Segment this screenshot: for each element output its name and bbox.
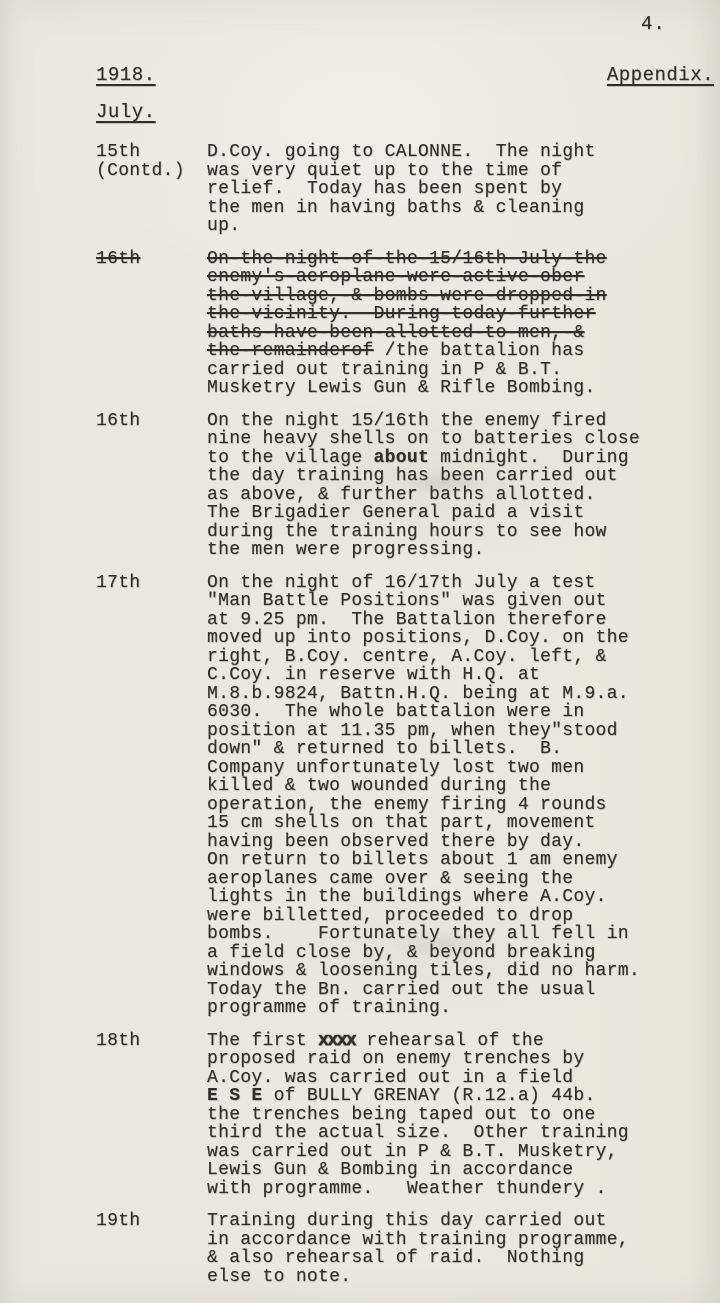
entry-line: relief. Today has been spent by bbox=[207, 180, 706, 199]
struck-text: enemy's-aeroplane-were-active-ober bbox=[207, 267, 584, 287]
entry-text: moved up into positions, D.Coy. on the bbox=[207, 628, 629, 648]
struck-text: the-vicinity. During-today-further bbox=[207, 304, 596, 324]
struck-text: the-remainderof bbox=[207, 341, 374, 361]
entry-text: A.Coy. was carried out in a field bbox=[207, 1068, 573, 1088]
entry-line: were billetted, proceeded to drop bbox=[207, 907, 706, 926]
entry-line: lights in the buildings where A.Coy. bbox=[207, 888, 706, 907]
entry-date: 15th(Contd.) bbox=[96, 143, 207, 236]
entry-body: On the night 15/16th the enemy firednine… bbox=[207, 412, 706, 560]
diary-entry: 16thOn-the-night-of-the-15/16th-July-the… bbox=[96, 250, 706, 398]
appendix-heading: Appendix. bbox=[607, 64, 714, 86]
entry-text: Lewis Gun & Bombing in accordance bbox=[207, 1160, 573, 1180]
entry-text: the day training has been carried out bbox=[207, 466, 618, 486]
entry-date-line: 18th bbox=[96, 1032, 207, 1051]
entry-line: D.Coy. going to CALONNE. The night bbox=[207, 143, 706, 162]
entry-text: On the night of 16/17th July a test bbox=[207, 573, 596, 593]
entry-text: a field close by, & beyond breaking bbox=[207, 943, 596, 963]
entry-line: aeroplanes came over & seeing the bbox=[207, 870, 706, 889]
year-heading: 1918. bbox=[96, 64, 156, 86]
entry-line: in accordance with training programme, bbox=[207, 1231, 706, 1250]
entry-line: moved up into positions, D.Coy. on the bbox=[207, 629, 706, 648]
entry-line: 15 cm shells on that part, movement bbox=[207, 814, 706, 833]
entry-text: as above, & further baths allotted. bbox=[207, 485, 596, 505]
entry-text: relief. Today has been spent by bbox=[207, 179, 562, 199]
entry-line: to the village about midnight. During bbox=[207, 449, 706, 468]
entry-line: up. bbox=[207, 217, 706, 236]
entry-text: "Man Battle Positions" was given out bbox=[207, 591, 607, 611]
entry-date: 18th bbox=[96, 1032, 207, 1199]
overtyped-text: xxxx bbox=[318, 1031, 355, 1051]
diary-entry: 18thThe first xxxx rehearsal of thepropo… bbox=[96, 1032, 706, 1199]
entry-body: On-the-night-of-the-15/16th-July-theenem… bbox=[207, 250, 706, 398]
entry-text: killed & two wounded during the bbox=[207, 776, 551, 796]
entry-text: rehearsal of the bbox=[355, 1031, 544, 1051]
entry-date-line: 16th bbox=[96, 412, 207, 431]
entry-text: The first bbox=[207, 1031, 318, 1051]
entry-text: 6030. The whole battalion were in bbox=[207, 702, 584, 722]
entry-line: Company unfortunately lost two men bbox=[207, 759, 706, 778]
entry-line: E S E of BULLY GRENAY (R.12.a) 44b. bbox=[207, 1087, 706, 1106]
entry-text: at 9.25 pm. The Battalion therefore bbox=[207, 610, 607, 630]
entry-line: was very quiet up to the time of bbox=[207, 162, 706, 181]
entry-text: bombs. Fortunately they all fell in bbox=[207, 924, 629, 944]
entry-text: of BULLY GRENAY (R.12.a) 44b. bbox=[263, 1086, 596, 1106]
entry-line: the-vicinity. During-today-further bbox=[207, 305, 706, 324]
entry-text: was carried out in P & B.T. Musketry, bbox=[207, 1142, 618, 1162]
entry-text: the men in having baths & cleaning bbox=[207, 198, 584, 218]
entry-line: the-village,-&-bombs-were-dropped-in bbox=[207, 287, 706, 306]
entry-line: Musketry Lewis Gun & Rifle Bombing. bbox=[207, 379, 706, 398]
diary-entry: 16thOn the night 15/16th the enemy fired… bbox=[96, 412, 706, 560]
entry-line: C.Coy. in reserve with H.Q. at bbox=[207, 666, 706, 685]
entry-line: the-remainderof /the battalion has bbox=[207, 342, 706, 361]
month-heading: July. bbox=[96, 101, 156, 123]
entry-line: & also rehearsal of raid. Nothing bbox=[207, 1249, 706, 1268]
entry-text: to the village bbox=[207, 448, 374, 468]
entry-text: & also rehearsal of raid. Nothing bbox=[207, 1248, 584, 1268]
entry-text: having been observed there by day. bbox=[207, 832, 584, 852]
entry-text: D.Coy. going to CALONNE. The night bbox=[207, 142, 596, 162]
entry-line: carried out training in P & B.T. bbox=[207, 361, 706, 380]
entry-line: Today the Bn. carried out the usual bbox=[207, 981, 706, 1000]
entry-text: On the night 15/16th the enemy fired bbox=[207, 411, 607, 431]
entry-text: 15th bbox=[96, 142, 140, 162]
entry-text: 19th bbox=[96, 1211, 140, 1231]
entry-line: 6030. The whole battalion were in bbox=[207, 703, 706, 722]
struck-text: baths-have-been-allotted-to-men,-& bbox=[207, 323, 584, 343]
entry-line: down" & returned to billets. B. bbox=[207, 740, 706, 759]
entry-text: Company unfortunately lost two men bbox=[207, 758, 584, 778]
entry-line: enemy's-aeroplane-were-active-ober bbox=[207, 268, 706, 287]
entry-body: D.Coy. going to CALONNE. The nightwas ve… bbox=[207, 143, 706, 236]
entry-text: in accordance with training programme, bbox=[207, 1230, 629, 1250]
entry-text: 15 cm shells on that part, movement bbox=[207, 813, 596, 833]
struck-text: On-the-night-of-the-15/16th-July-the bbox=[207, 249, 607, 269]
entry-text: third the actual size. Other training bbox=[207, 1123, 629, 1143]
entry-line: the day training has been carried out bbox=[207, 467, 706, 486]
entry-text: the trenches being taped out to one bbox=[207, 1105, 596, 1125]
diary-entry: 15th(Contd.)D.Coy. going to CALONNE. The… bbox=[96, 143, 706, 236]
entry-line: bombs. Fortunately they all fell in bbox=[207, 925, 706, 944]
entry-date: 19th bbox=[96, 1212, 207, 1286]
entry-line: position at 11.35 pm, when they"stood bbox=[207, 722, 706, 741]
entry-line: third the actual size. Other training bbox=[207, 1124, 706, 1143]
entry-line: windows & loosening tiles, did no harm. bbox=[207, 962, 706, 981]
entry-line: as above, & further baths allotted. bbox=[207, 486, 706, 505]
entry-line: M.8.b.9824, Battn.H.Q. being at M.9.a. bbox=[207, 685, 706, 704]
entry-text: 18th bbox=[96, 1031, 140, 1051]
entry-text: /the battalion has bbox=[374, 341, 585, 361]
entry-line: having been observed there by day. bbox=[207, 833, 706, 852]
entry-body: The first xxxx rehearsal of theproposed … bbox=[207, 1032, 706, 1199]
entry-line: with programme. Weather thundery . bbox=[207, 1180, 706, 1199]
entry-text: lights in the buildings where A.Coy. bbox=[207, 887, 607, 907]
entry-line: On return to billets about 1 am enemy bbox=[207, 851, 706, 870]
entry-text: nine heavy shells on to batteries close bbox=[207, 429, 640, 449]
entry-text: up. bbox=[207, 216, 240, 236]
entry-text: about bbox=[374, 448, 430, 468]
diary-entry: 17thOn the night of 16/17th July a test"… bbox=[96, 574, 706, 1018]
entry-date-line: (Contd.) bbox=[96, 162, 207, 181]
entry-text: C.Coy. in reserve with H.Q. at bbox=[207, 665, 540, 685]
entry-line: during the training hours to see how bbox=[207, 523, 706, 542]
entry-date-line: 19th bbox=[96, 1212, 207, 1231]
entry-line: nine heavy shells on to batteries close bbox=[207, 430, 706, 449]
entry-date-line: 17th bbox=[96, 574, 207, 593]
entry-text: with programme. Weather thundery . bbox=[207, 1179, 607, 1199]
entry-line: the men in having baths & cleaning bbox=[207, 199, 706, 218]
page-number: 4. bbox=[641, 13, 666, 35]
entry-text: (Contd.) bbox=[96, 161, 185, 181]
entry-line: The Brigadier General paid a visit bbox=[207, 504, 706, 523]
entry-text: aeroplanes came over & seeing the bbox=[207, 869, 573, 889]
entry-date-line: 16th bbox=[96, 250, 207, 269]
entry-line: On the night 15/16th the enemy fired bbox=[207, 412, 706, 431]
entry-date: 17th bbox=[96, 574, 207, 1018]
entry-text: programme of training. bbox=[207, 998, 451, 1018]
entry-date: 16th bbox=[96, 250, 207, 398]
entry-text: else to note. bbox=[207, 1267, 351, 1287]
entry-text: E S E bbox=[207, 1086, 263, 1106]
entry-line: else to note. bbox=[207, 1268, 706, 1287]
entry-text: down" & returned to billets. B. bbox=[207, 739, 562, 759]
entry-body: On the night of 16/17th July a test"Man … bbox=[207, 574, 706, 1018]
entry-text: position at 11.35 pm, when they"stood bbox=[207, 721, 618, 741]
entry-text: The Brigadier General paid a visit bbox=[207, 503, 584, 523]
entry-text: windows & loosening tiles, did no harm. bbox=[207, 961, 640, 981]
entry-body: Training during this day carried outin a… bbox=[207, 1212, 706, 1286]
diary-entry: 19thTraining during this day carried out… bbox=[96, 1212, 706, 1286]
diary-entries: 15th(Contd.)D.Coy. going to CALONNE. The… bbox=[96, 143, 706, 1300]
entry-line: proposed raid on enemy trenches by bbox=[207, 1050, 706, 1069]
entry-date-line: 15th bbox=[96, 143, 207, 162]
entry-text: 16th bbox=[96, 411, 140, 431]
entry-text: Musketry Lewis Gun & Rifle Bombing. bbox=[207, 378, 596, 398]
entry-text: Today the Bn. carried out the usual bbox=[207, 980, 596, 1000]
entry-line: The first xxxx rehearsal of the bbox=[207, 1032, 706, 1051]
entry-line: On the night of 16/17th July a test bbox=[207, 574, 706, 593]
entry-line: at 9.25 pm. The Battalion therefore bbox=[207, 611, 706, 630]
entry-line: was carried out in P & B.T. Musketry, bbox=[207, 1143, 706, 1162]
entry-date: 16th bbox=[96, 412, 207, 560]
entry-line: On-the-night-of-the-15/16th-July-the bbox=[207, 250, 706, 269]
entry-line: "Man Battle Positions" was given out bbox=[207, 592, 706, 611]
entry-line: Lewis Gun & Bombing in accordance bbox=[207, 1161, 706, 1180]
struck-text: 16th bbox=[96, 249, 140, 269]
entry-line: the men were progressing. bbox=[207, 541, 706, 560]
entry-line: A.Coy. was carried out in a field bbox=[207, 1069, 706, 1088]
entry-line: programme of training. bbox=[207, 999, 706, 1018]
entry-line: baths-have-been-allotted-to-men,-& bbox=[207, 324, 706, 343]
struck-text: the-village,-&-bombs-were-dropped-in bbox=[207, 286, 607, 306]
entry-text: Training during this day carried out bbox=[207, 1211, 607, 1231]
entry-text: the men were progressing. bbox=[207, 540, 485, 560]
entry-text: operation, the enemy firing 4 rounds bbox=[207, 795, 607, 815]
entry-line: right, B.Coy. centre, A.Coy. left, & bbox=[207, 648, 706, 667]
entry-text: proposed raid on enemy trenches by bbox=[207, 1049, 584, 1069]
entry-line: Training during this day carried out bbox=[207, 1212, 706, 1231]
entry-text: M.8.b.9824, Battn.H.Q. being at M.9.a. bbox=[207, 684, 629, 704]
war-diary-page: 4. 1918. Appendix. July. 15th(Contd.)D.C… bbox=[0, 0, 720, 1303]
entry-line: killed & two wounded during the bbox=[207, 777, 706, 796]
entry-line: operation, the enemy firing 4 rounds bbox=[207, 796, 706, 815]
entry-text: On return to billets about 1 am enemy bbox=[207, 850, 618, 870]
heading-row: 1918. Appendix. bbox=[96, 64, 714, 86]
entry-text: was very quiet up to the time of bbox=[207, 161, 562, 181]
entry-text: carried out training in P & B.T. bbox=[207, 360, 562, 380]
entry-line: a field close by, & beyond breaking bbox=[207, 944, 706, 963]
entry-text: during the training hours to see how bbox=[207, 522, 607, 542]
entry-text: right, B.Coy. centre, A.Coy. left, & bbox=[207, 647, 607, 667]
entry-text: 17th bbox=[96, 573, 140, 593]
entry-line: the trenches being taped out to one bbox=[207, 1106, 706, 1125]
entry-text: midnight. During bbox=[429, 448, 629, 468]
entry-text: were billetted, proceeded to drop bbox=[207, 906, 573, 926]
